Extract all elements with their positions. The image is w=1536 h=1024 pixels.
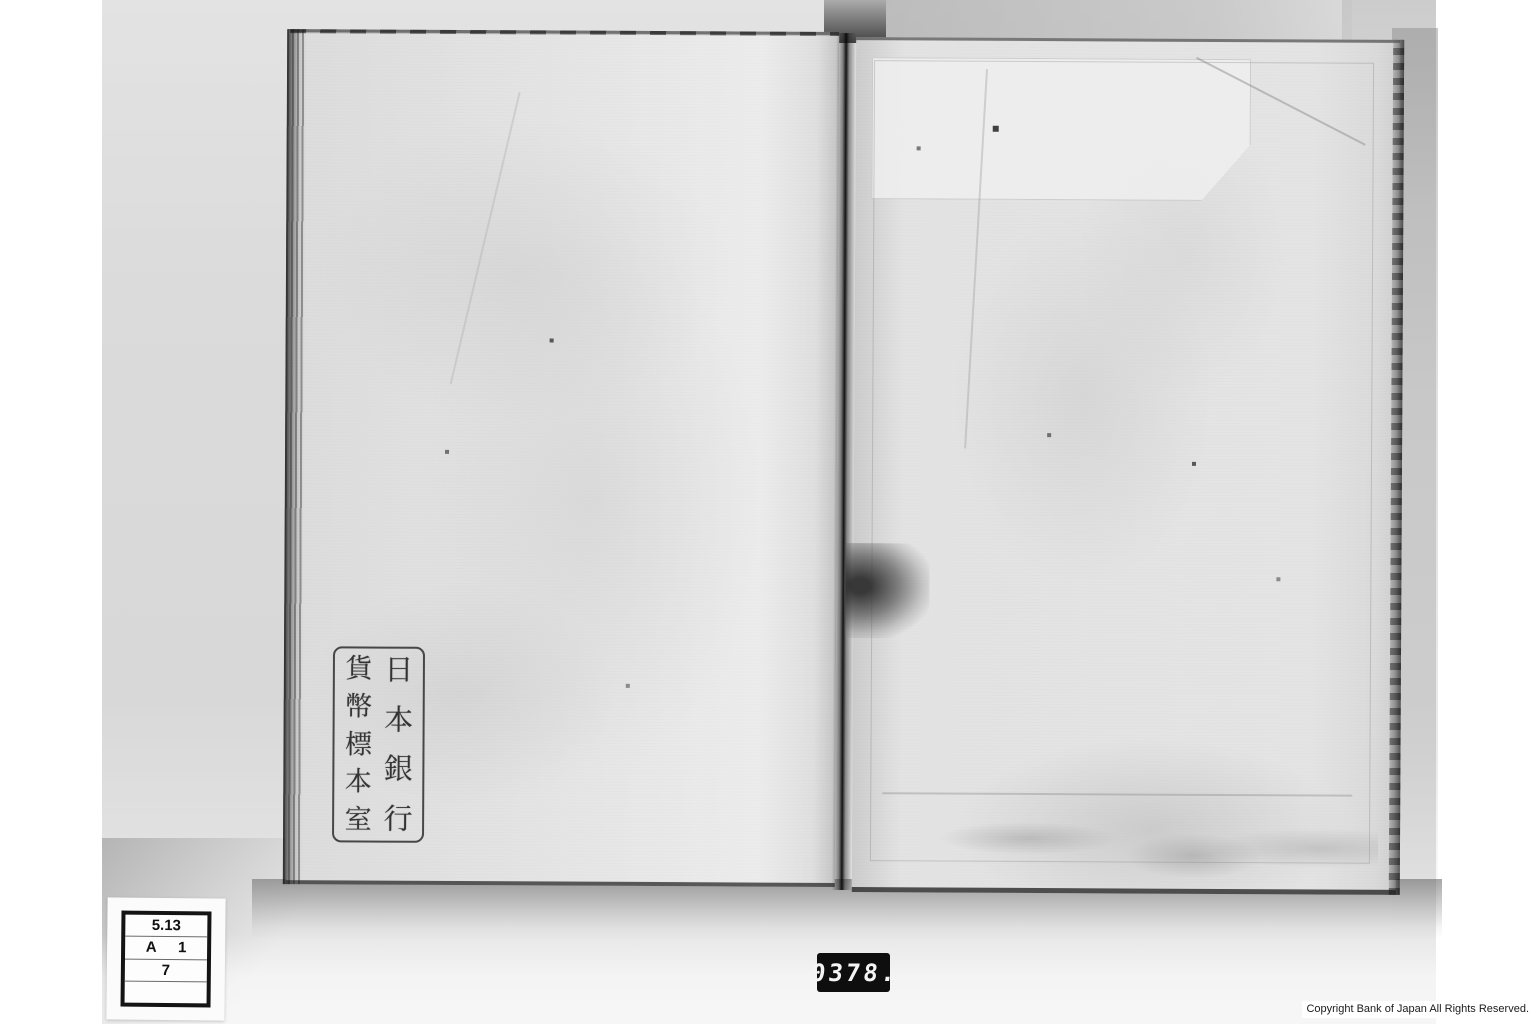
shelf-label-value: 7 <box>162 962 171 979</box>
bottom-smudges <box>892 808 1378 895</box>
stamp-character: 日 <box>384 656 413 685</box>
copyright-notice: Copyright Bank of Japan All Rights Reser… <box>1302 1001 1533 1018</box>
shelf-label-table: 5.13 A 1 7 <box>120 911 211 1008</box>
stamp-character: 本 <box>345 769 372 796</box>
ink-stain <box>845 543 929 638</box>
dust-specks <box>290 28 292 30</box>
stamp-text-currency-specimen-room: 貨 幣 標 本 室 <box>340 655 377 833</box>
book-left-page: 日 本 銀 行 貨 幣 標 本 室 <box>286 29 839 887</box>
shelf-label-row <box>125 980 207 1003</box>
archival-photo-canvas: 日 本 銀 行 貨 幣 標 本 室 <box>0 0 1536 1024</box>
stamp-character: 銀 <box>384 755 413 784</box>
stamp-character: 本 <box>384 705 413 734</box>
shelf-label-value: 1 <box>178 940 187 957</box>
stamp-character: 貨 <box>345 655 372 682</box>
paper-crease <box>450 92 521 384</box>
open-book: 日 本 銀 行 貨 幣 標 本 室 <box>286 28 1400 895</box>
shelf-label-row: 5.13 <box>125 915 207 937</box>
photograph-of-open-book: 日 本 銀 行 貨 幣 標 本 室 <box>102 0 1436 1024</box>
stamp-character: 室 <box>345 806 372 833</box>
book-right-page <box>852 37 1400 895</box>
shelf-label-value: A <box>146 939 157 956</box>
shelf-label-row: 7 <box>125 958 207 981</box>
shelf-label-value: 5.13 <box>152 917 181 934</box>
board-inner-frame <box>870 60 1374 864</box>
stamp-character: 幣 <box>345 693 372 720</box>
stamp-text-bank-of-japan: 日 本 銀 行 <box>380 656 417 834</box>
bottom-light-falloff <box>102 934 1436 1024</box>
frame-counter-display: 0378. <box>817 953 890 992</box>
frame-counter-digits: 0378. <box>807 959 901 987</box>
shelf-label: 5.13 A 1 7 <box>106 897 225 1020</box>
library-stamp: 日 本 銀 行 貨 幣 標 本 室 <box>332 646 425 842</box>
shelf-label-row: A 1 <box>125 936 207 959</box>
stamp-character: 行 <box>384 805 413 834</box>
stamp-character: 標 <box>345 731 372 758</box>
